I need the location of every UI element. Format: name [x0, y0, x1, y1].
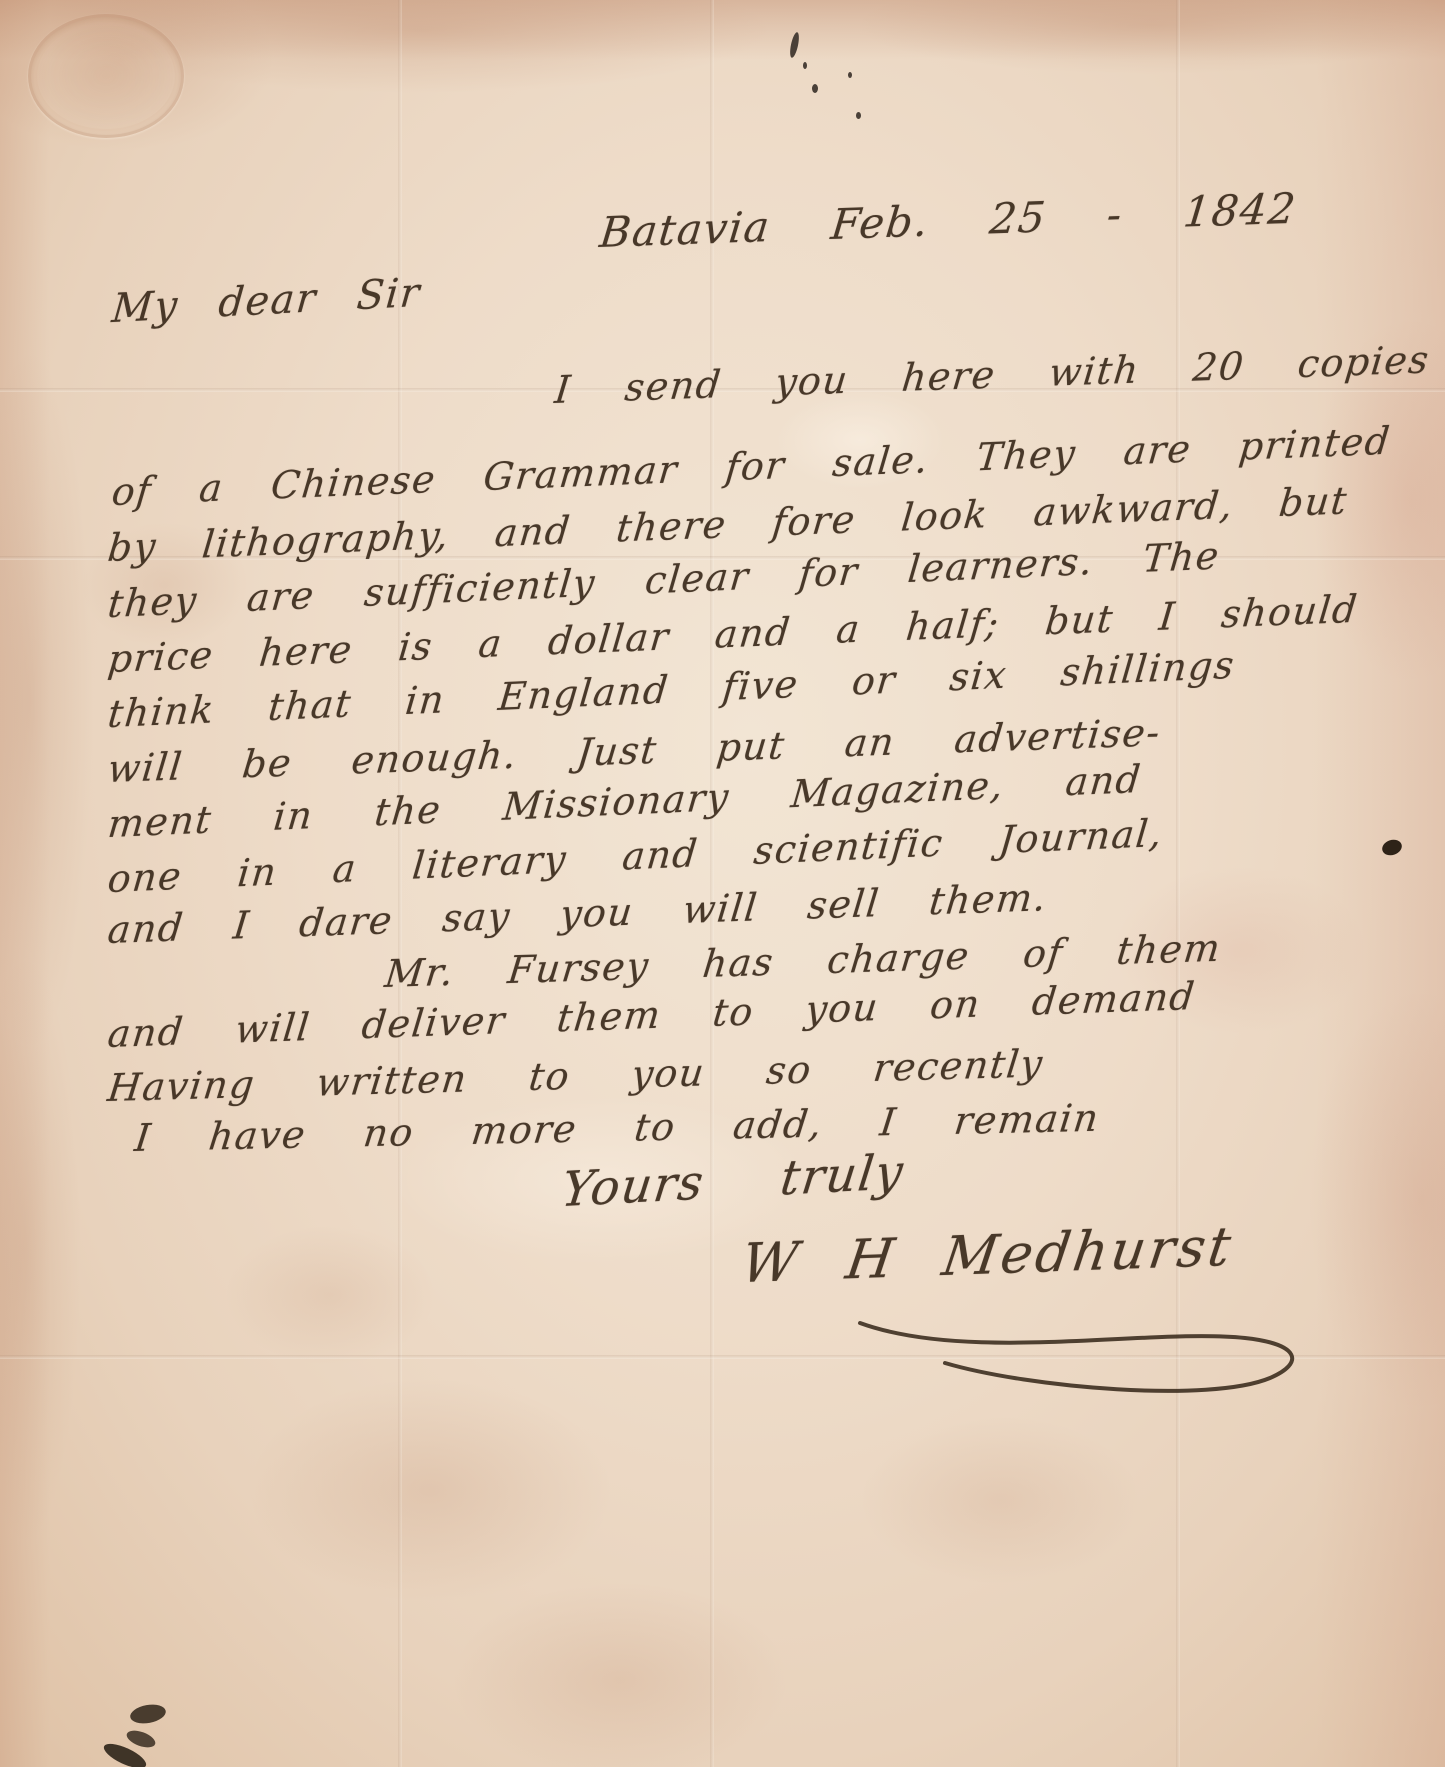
ink-speck: [812, 84, 818, 93]
body-line: I send you here with 20 copies: [553, 337, 1432, 412]
ink-speck: [788, 32, 800, 59]
fold-crease-vertical-right: [1176, 0, 1180, 1767]
embossed-seal-mark: [28, 14, 184, 138]
dateline: Batavia Feb. 25 - 1842: [597, 184, 1299, 258]
letter-page: Batavia Feb. 25 - 1842 My dear Sir I sen…: [0, 0, 1445, 1767]
closing-valediction: Yours truly: [559, 1144, 908, 1218]
ink-speck: [803, 62, 807, 69]
salutation: My dear Sir: [110, 270, 423, 332]
fold-crease-vertical-center: [710, 0, 714, 1767]
fold-crease-horizontal-lower: [0, 1355, 1445, 1359]
ink-blot-bottom-left: [129, 1702, 168, 1726]
ink-speck: [848, 72, 852, 78]
ink-blot-right: [1380, 837, 1404, 857]
ink-blot-bottom-left: [125, 1727, 158, 1750]
signature: W H Medhurst: [738, 1215, 1238, 1296]
ink-speck: [856, 112, 861, 119]
signature-flourish: [850, 1268, 1320, 1408]
